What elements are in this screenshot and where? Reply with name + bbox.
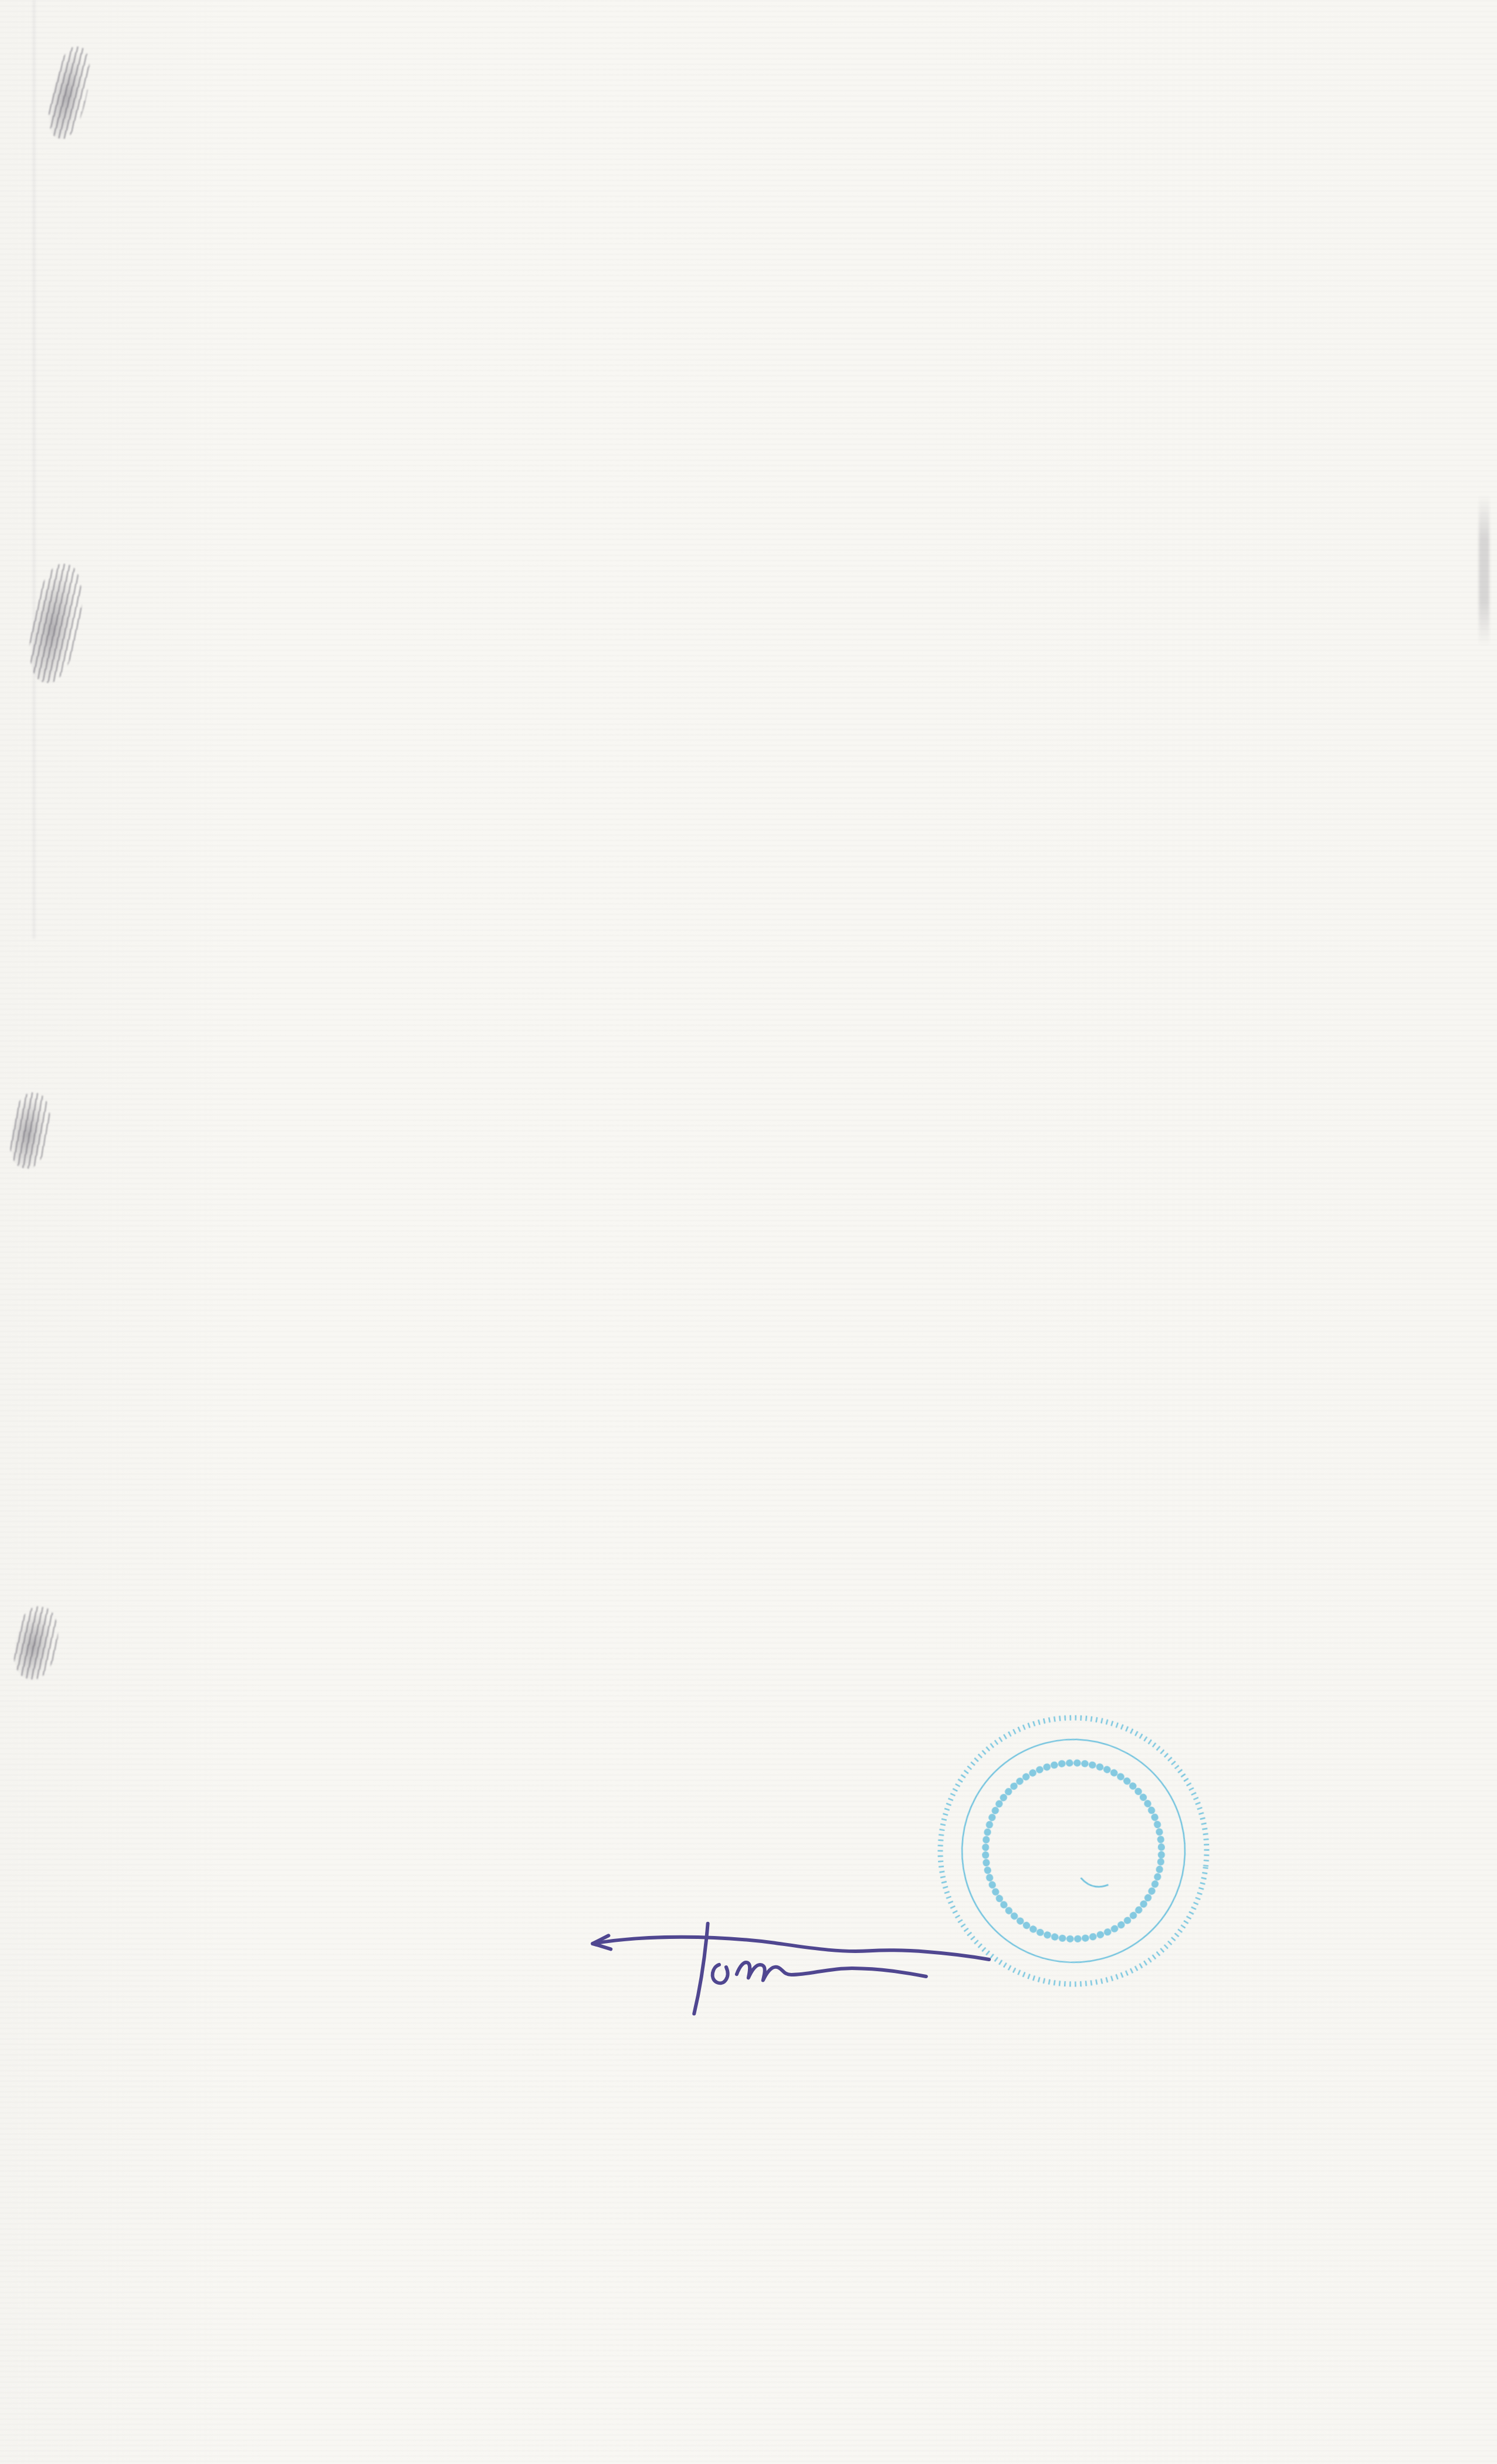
- binding-mark: [9, 1603, 63, 1683]
- scanned-page: [0, 0, 1497, 2464]
- signature-m-stroke: [737, 1962, 926, 1982]
- signature-o-loop: [712, 1965, 727, 1984]
- signature-main-stroke: [592, 1936, 989, 1959]
- binding-mark: [5, 1090, 54, 1171]
- stamp-monogram-flourish: [1080, 1878, 1109, 1888]
- scan-edge-shadow: [1479, 494, 1489, 647]
- estimate-table: [125, 168, 1411, 1852]
- scan-edge-shadow: [33, 0, 35, 939]
- binding-mark: [42, 43, 96, 143]
- signature: [574, 1893, 1010, 2037]
- binding-mark: [22, 560, 89, 687]
